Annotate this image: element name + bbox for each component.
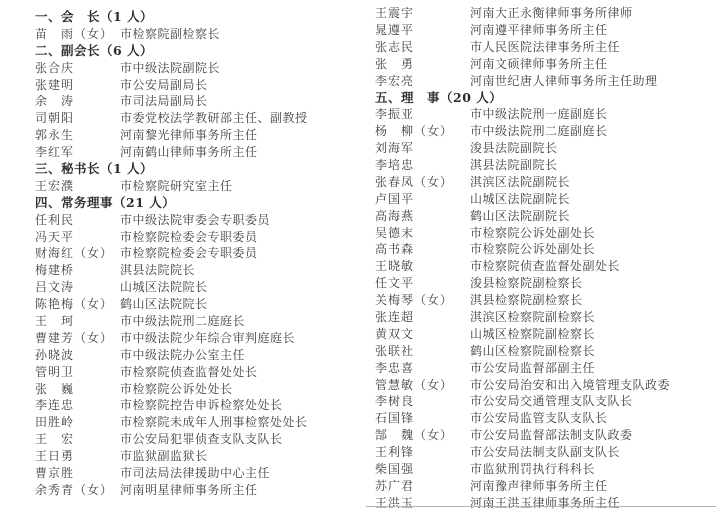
member-name: 张连超 <box>375 308 470 325</box>
member-position: 市中级法院刑一庭副庭长 <box>470 105 716 122</box>
member-row: 曹建芳（女）市中级法院少年综合审判庭庭长 <box>35 329 356 346</box>
member-position: 市公安局监管支队支队长 <box>470 409 716 426</box>
member-row: 张合庆市中级法院副院长 <box>35 59 356 76</box>
member-name: 李忠喜 <box>375 359 470 376</box>
member-name: 卢国平 <box>375 190 470 207</box>
member-name: 关梅琴（女） <box>375 291 470 308</box>
member-name: 田胜岭 <box>35 413 120 430</box>
member-name: 梅建桥 <box>35 261 120 278</box>
member-position: 市检察院研究室主任 <box>120 177 356 194</box>
member-name: 张春凤（女） <box>375 173 470 190</box>
member-row: 司朝阳市委党校法学教研部主任、副教授 <box>35 109 356 126</box>
member-position: 淇县法院院长 <box>120 261 356 278</box>
member-position: 市监狱刑罚执行科科长 <box>470 460 716 477</box>
member-row: 余 涛市司法局副局长 <box>35 92 356 109</box>
section-heading: 一、会 长（1 人） <box>35 8 356 25</box>
member-row: 晁遵平河南遵平律师事务所主任 <box>375 21 716 38</box>
member-row: 冯天平市检察院检委会专职委员 <box>35 228 356 245</box>
page-bottom-rule <box>366 506 716 507</box>
member-row: 任利民市中级法院审委会专职委员 <box>35 211 356 228</box>
member-row: 孙晓波市中级法院办公室主任 <box>35 346 356 363</box>
member-position: 市检察院公诉处处长 <box>120 380 356 397</box>
member-row: 高书森市检察院公诉处副处长 <box>375 240 716 257</box>
member-position: 山城区法院副院长 <box>470 190 716 207</box>
member-row: 黄双文山城区检察院副检察长 <box>375 325 716 342</box>
member-name: 孙晓波 <box>35 346 120 363</box>
member-name: 余 涛 <box>35 92 120 109</box>
member-row: 苏广君河南豫声律师事务所主任 <box>375 477 716 494</box>
member-name: 李宏亮 <box>375 72 470 89</box>
member-name: 张 勇 <box>375 55 470 72</box>
member-row: 王 宏市公安局犯罪侦查支队支队长 <box>35 430 356 447</box>
member-position: 河南王洪玉律师事务所主任 <box>470 494 716 511</box>
member-row: 任文平浚县检察院副检察长 <box>375 274 716 291</box>
member-row: 吴德末市检察院公诉处副处长 <box>375 224 716 241</box>
member-position: 市公安局治安和出入境管理支队政委 <box>470 376 716 393</box>
member-position: 市中级法院少年综合审判庭庭长 <box>120 329 356 346</box>
member-row: 李振亚市中级法院刑一庭副庭长 <box>375 105 716 122</box>
member-row: 李连忠市检察院控告申诉检察处处长 <box>35 396 356 413</box>
member-position: 市检察院未成年人刑事检察处处长 <box>120 413 356 430</box>
member-row: 张志民市人民医院法律事务所主任 <box>375 38 716 55</box>
member-name: 司朝阳 <box>35 109 120 126</box>
document-page: 一、会 长（1 人）苗 雨（女）市检察院副检察长二、副会长（6 人）张合庆市中级… <box>0 0 720 514</box>
member-row: 李宏亮河南世纪唐人律师事务所主任助理 <box>375 72 716 89</box>
member-name: 任利民 <box>35 211 120 228</box>
member-position: 市检察院侦查监督处副处长 <box>470 257 716 274</box>
member-name: 王震宇 <box>375 4 470 21</box>
member-row: 高海燕鹤山区法院副院长 <box>375 207 716 224</box>
member-name: 吴德末 <box>375 224 470 241</box>
member-row: 王洪玉河南王洪玉律师事务所主任 <box>375 494 716 511</box>
member-row: 关梅琴（女）淇县检察院副检察长 <box>375 291 716 308</box>
member-position: 市中级法院刑二庭庭长 <box>120 312 356 329</box>
member-name: 王利锋 <box>375 443 470 460</box>
member-row: 张 勇河南文硕律师事务所主任 <box>375 55 716 72</box>
member-position: 市检察院侦查监督处处长 <box>120 363 356 380</box>
member-row: 王利锋市公安局法制支队副支队长 <box>375 443 716 460</box>
member-row: 王日勇市监狱副监狱长 <box>35 447 356 464</box>
member-position: 市公安局监督部法制支队政委 <box>470 426 716 443</box>
member-position: 市公安局副局长 <box>120 76 356 93</box>
member-position: 淇滨区检察院副检察长 <box>470 308 716 325</box>
member-name: 余秀青（女） <box>35 481 120 498</box>
member-name: 任文平 <box>375 274 470 291</box>
member-position: 浚县检察院副检察长 <box>470 274 716 291</box>
member-name: 王 宏 <box>35 430 120 447</box>
member-row: 张连超淇滨区检察院副检察长 <box>375 308 716 325</box>
member-row: 卢国平山城区法院副院长 <box>375 190 716 207</box>
member-position: 河南黎光律师事务所主任 <box>120 126 356 143</box>
member-position: 市中级法院审委会专职委员 <box>120 211 356 228</box>
member-name: 王晓敏 <box>375 257 470 274</box>
member-name: 王宏濮 <box>35 177 120 194</box>
member-name: 刘海军 <box>375 139 470 156</box>
member-position: 河南豫声律师事务所主任 <box>470 477 716 494</box>
member-row: 田胜岭市检察院未成年人刑事检察处处长 <box>35 413 356 430</box>
section-heading: 四、常务理事（21 人） <box>35 194 356 211</box>
member-position: 市司法局副局长 <box>120 92 356 109</box>
section-heading: 三、秘书长（1 人） <box>35 160 356 177</box>
member-position: 市公安局法制支队副支队长 <box>470 443 716 460</box>
member-position: 河南鹤山律师事务所主任 <box>120 143 356 160</box>
member-position: 市中级法院副院长 <box>120 59 356 76</box>
member-position: 市中级法院办公室主任 <box>120 346 356 363</box>
member-position: 市委党校法学教研部主任、副教授 <box>120 109 356 126</box>
section-heading: 五、理 事（20 人） <box>375 88 716 105</box>
member-name: 苗 雨（女） <box>35 25 120 42</box>
member-position: 淇滨区法院副院长 <box>470 173 716 190</box>
member-row: 张联社鹤山区检察院副检察长 <box>375 342 716 359</box>
member-position: 山城区检察院副检察长 <box>470 325 716 342</box>
member-position: 河南明星律师事务所主任 <box>120 481 356 498</box>
member-row: 曹京胜市司法局法律援助中心主任 <box>35 464 356 481</box>
member-name: 张 巍 <box>35 380 120 397</box>
member-name: 吕文涛 <box>35 278 120 295</box>
member-name: 李振亚 <box>375 105 470 122</box>
member-row: 吕文涛山城区法院院长 <box>35 278 356 295</box>
member-name: 张志民 <box>375 38 470 55</box>
member-name: 柴国强 <box>375 460 470 477</box>
member-position: 淇县检察院副检察长 <box>470 291 716 308</box>
member-position: 市人民医院法律事务所主任 <box>470 38 716 55</box>
member-row: 李忠喜市公安局监督部副主任 <box>375 359 716 376</box>
member-row: 杨 柳（女）市中级法院刑二庭副庭长 <box>375 122 716 139</box>
member-name: 苏广君 <box>375 477 470 494</box>
member-name: 石国锋 <box>375 409 470 426</box>
member-position: 河南大正永衡律师事务所律师 <box>470 4 716 21</box>
member-name: 晁遵平 <box>375 21 470 38</box>
member-name: 张合庆 <box>35 59 120 76</box>
member-row: 财海红（女）市检察院检委会专职委员 <box>35 244 356 261</box>
member-name: 张建明 <box>35 76 120 93</box>
section-heading: 二、副会长（6 人） <box>35 42 356 59</box>
member-position: 市检察院副检察长 <box>120 25 356 42</box>
member-name: 黄双文 <box>375 325 470 342</box>
member-name: 郜 魏（女） <box>375 426 470 443</box>
member-row: 李红军河南鹤山律师事务所主任 <box>35 143 356 160</box>
member-position: 市中级法院刑二庭副庭长 <box>470 122 716 139</box>
member-row: 郭永生河南黎光律师事务所主任 <box>35 126 356 143</box>
member-name: 财海红（女） <box>35 244 120 261</box>
member-name: 管明卫 <box>35 363 120 380</box>
member-row: 陈艳梅（女）鹤山区法院院长 <box>35 295 356 312</box>
member-row: 王 珂市中级法院刑二庭庭长 <box>35 312 356 329</box>
right-column: 王震宇河南大正永衡律师事务所律师晁遵平河南遵平律师事务所主任张志民市人民医院法律… <box>360 0 720 514</box>
member-row: 李树良市公安局交通管理支队支队长 <box>375 392 716 409</box>
member-position: 鹤山区法院院长 <box>120 295 356 312</box>
member-name: 管慧敏（女） <box>375 376 470 393</box>
member-position: 河南文硕律师事务所主任 <box>470 55 716 72</box>
member-name: 李培忠 <box>375 156 470 173</box>
member-name: 冯天平 <box>35 228 120 245</box>
member-name: 陈艳梅（女） <box>35 295 120 312</box>
member-name: 王 珂 <box>35 312 120 329</box>
member-name: 王洪玉 <box>375 494 470 511</box>
member-position: 鹤山区法院副院长 <box>470 207 716 224</box>
member-row: 张建明市公安局副局长 <box>35 76 356 93</box>
member-row: 郜 魏（女）市公安局监督部法制支队政委 <box>375 426 716 443</box>
member-position: 山城区法院院长 <box>120 278 356 295</box>
member-name: 郭永生 <box>35 126 120 143</box>
member-row: 余秀青（女）河南明星律师事务所主任 <box>35 481 356 498</box>
member-position: 市公安局监督部副主任 <box>470 359 716 376</box>
member-position: 河南世纪唐人律师事务所主任助理 <box>470 72 716 89</box>
member-position: 河南遵平律师事务所主任 <box>470 21 716 38</box>
member-row: 管明卫市检察院侦查监督处处长 <box>35 363 356 380</box>
member-row: 张 巍市检察院公诉处处长 <box>35 380 356 397</box>
member-row: 管慧敏（女）市公安局治安和出入境管理支队政委 <box>375 376 716 393</box>
member-name: 李红军 <box>35 143 120 160</box>
member-position: 市检察院检委会专职委员 <box>120 244 356 261</box>
member-position: 市检察院公诉处副处长 <box>470 224 716 241</box>
member-name: 张联社 <box>375 342 470 359</box>
member-position: 市检察院检委会专职委员 <box>120 228 356 245</box>
member-position: 市监狱副监狱长 <box>120 447 356 464</box>
member-row: 刘海军浚县法院副院长 <box>375 139 716 156</box>
member-name: 李连忠 <box>35 396 120 413</box>
member-name: 曹建芳（女） <box>35 329 120 346</box>
member-position: 市检察院公诉处副处长 <box>470 240 716 257</box>
member-row: 王震宇河南大正永衡律师事务所律师 <box>375 4 716 21</box>
left-column: 一、会 长（1 人）苗 雨（女）市检察院副检察长二、副会长（6 人）张合庆市中级… <box>0 0 360 514</box>
member-name: 杨 柳（女） <box>375 122 470 139</box>
member-name: 李树良 <box>375 392 470 409</box>
member-name: 王日勇 <box>35 447 120 464</box>
member-row: 李培忠淇县法院副院长 <box>375 156 716 173</box>
member-row: 张春凤（女）淇滨区法院副院长 <box>375 173 716 190</box>
member-position: 淇县法院副院长 <box>470 156 716 173</box>
member-row: 王宏濮市检察院研究室主任 <box>35 177 356 194</box>
member-row: 柴国强市监狱刑罚执行科科长 <box>375 460 716 477</box>
member-position: 市司法局法律援助中心主任 <box>120 464 356 481</box>
member-row: 石国锋市公安局监管支队支队长 <box>375 409 716 426</box>
member-name: 高海燕 <box>375 207 470 224</box>
member-position: 鹤山区检察院副检察长 <box>470 342 716 359</box>
member-row: 王晓敏市检察院侦查监督处副处长 <box>375 257 716 274</box>
member-position: 浚县法院副院长 <box>470 139 716 156</box>
member-name: 高书森 <box>375 240 470 257</box>
member-row: 苗 雨（女）市检察院副检察长 <box>35 25 356 42</box>
member-position: 市公安局犯罪侦查支队支队长 <box>120 430 356 447</box>
member-position: 市检察院控告申诉检察处处长 <box>120 396 356 413</box>
member-name: 曹京胜 <box>35 464 120 481</box>
member-position: 市公安局交通管理支队支队长 <box>470 392 716 409</box>
member-row: 梅建桥淇县法院院长 <box>35 261 356 278</box>
